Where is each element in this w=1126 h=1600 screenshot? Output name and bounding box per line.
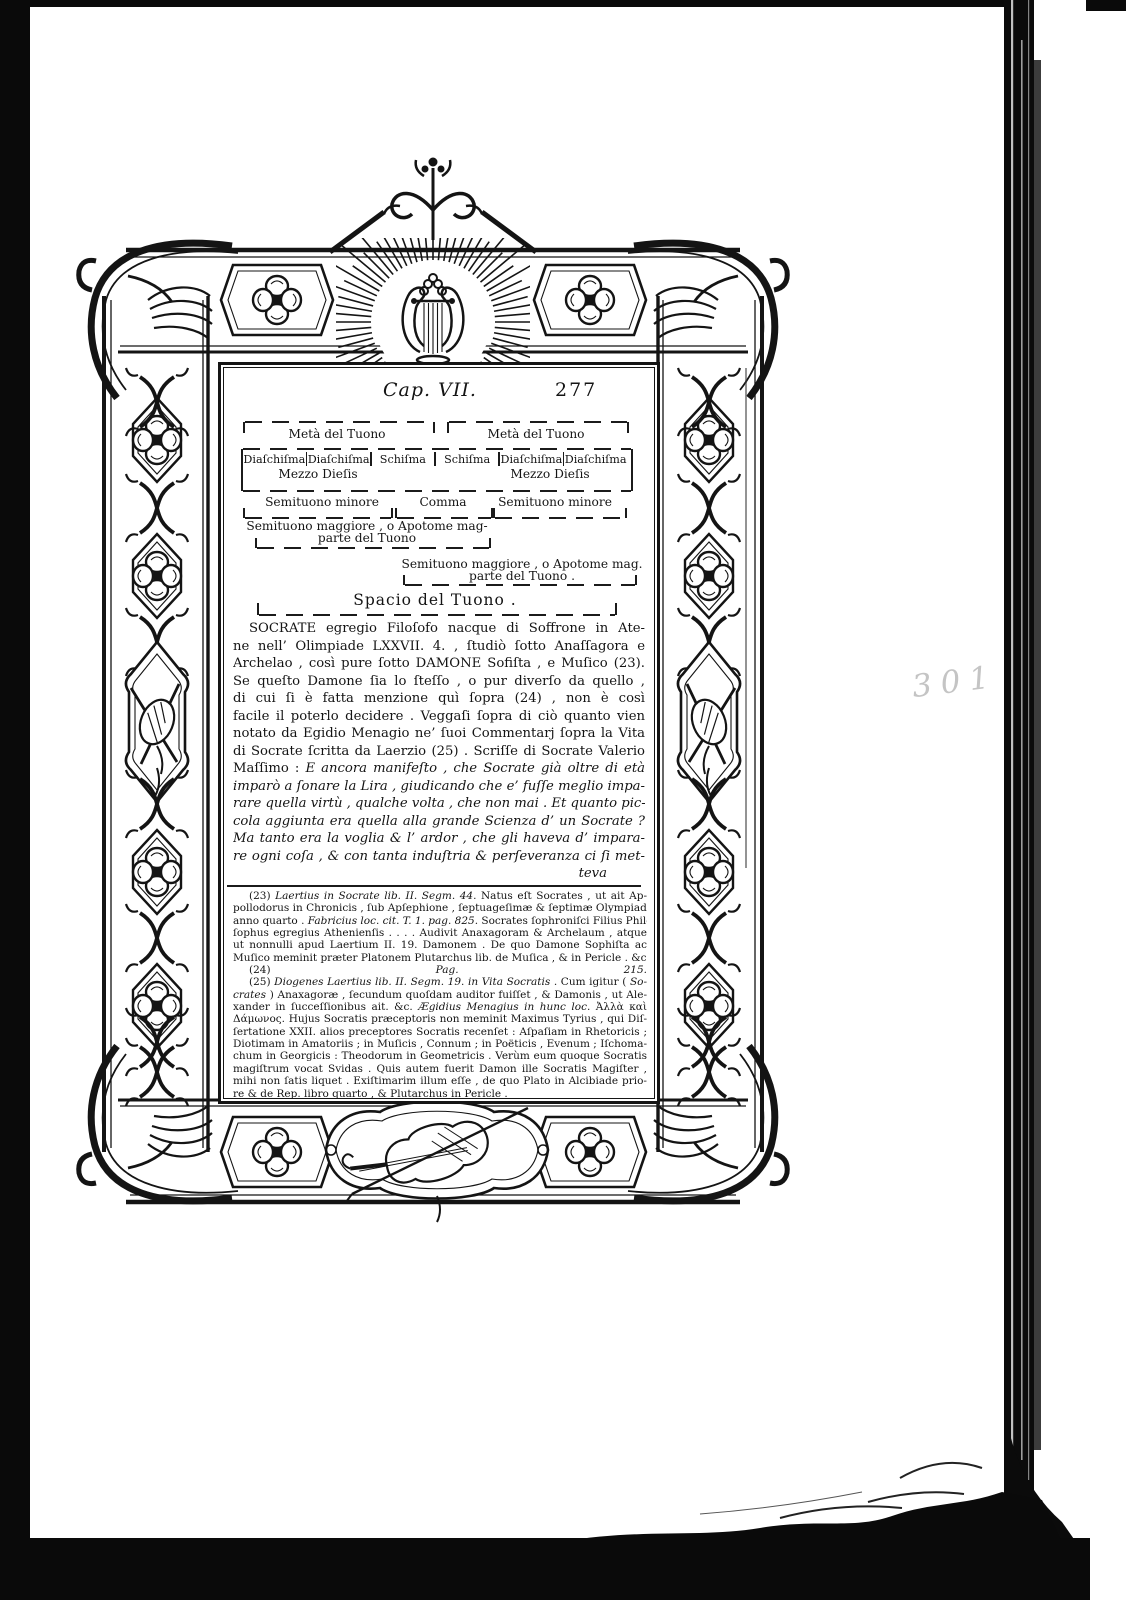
text-segment: Ἀλλὰ καὶ	[590, 1001, 647, 1013]
text-segment: re ogni coſa , & con tanta induſtria & p…	[233, 849, 645, 864]
text-line: rare quella virtù , qualche volta , che …	[233, 795, 645, 813]
text-line: di Socrate ſcritta da Laerzio (25) . Scr…	[233, 743, 645, 761]
text-segment: Cum igitur (	[557, 976, 630, 988]
text-line: Se queſto Damone ſia lo ſteſſo , o pur d…	[233, 673, 645, 691]
text-line: pollodorus in Chronicis , ſub Apſephione…	[233, 902, 647, 914]
schisma-cell: Diaſchiſma	[307, 453, 370, 466]
text-segment: di cui ſi è fatta menzione quì ſopra (24…	[233, 691, 645, 706]
label-comma: Comma	[403, 495, 483, 509]
text-line: mihi non ſatis liquet . Exiſtimarim illu…	[233, 1075, 647, 1087]
text-segment: re & de Rep. libro quarto , & Plutarchus…	[233, 1088, 508, 1100]
text-line: Ma tanto era la voglia & l’ ardor , che …	[233, 830, 645, 848]
text-line: (23) Laertius in Socrate lib. II. Segm. …	[233, 890, 647, 902]
text-segment: cola aggiunta era quella alla grande Sci…	[233, 814, 645, 829]
text-line: Muſico meminit præter Platonem Plutarchu…	[233, 952, 647, 964]
text-segment: (24)	[233, 964, 436, 976]
text-segment: mihi non ſatis liquet . Exiſtimarim illu…	[233, 1075, 647, 1087]
text-line: facile il poterlo decidere . Veggaſi ſop…	[233, 708, 645, 726]
text-line: chum in Georgicis : Theodorum in Geometr…	[233, 1050, 647, 1062]
footnote-rule	[227, 885, 641, 887]
text-segment: xander in ſucceſſionibus ait. &c.	[233, 1001, 418, 1013]
schisma-cell: Diaſchiſma	[500, 453, 563, 466]
text-segment: rare quella virtù , qualche volta , che …	[233, 796, 645, 811]
text-line: di cui ſi è fatta menzione quì ſopra (24…	[233, 690, 645, 708]
text-line: Maſſimo : E ancora manifeſto , che Socra…	[233, 760, 645, 778]
text-segment: Diogenes Laertius lib. II. Segm. 19. in …	[274, 976, 557, 988]
text-segment: ) Anaxagoræ , ſecundum quoſdam auditor f…	[270, 989, 647, 1001]
chapter-heading: Cap. VII.	[383, 379, 477, 401]
bracket-semituono-minore-right	[493, 508, 627, 518]
text-segment: pollodorus in Chronicis , ſub Apſephione…	[233, 902, 647, 914]
text-line: magiſtrum vocat Svidas . Quis autem fuer…	[233, 1063, 647, 1075]
schisma-cell: Diaſchiſma	[243, 453, 306, 466]
text-segment: chum in Georgicis : Theodorum in Geometr…	[233, 1050, 647, 1062]
text-segment: (23)	[233, 890, 275, 902]
body-text: SOCRATE egregio Filoſofo nacque di Soffr…	[233, 620, 645, 865]
text-segment: Laertius in Socrate lib. II. Segm. 44.	[275, 890, 476, 902]
text-segment: ut nonnulli apud Laertium II. 19. Damone…	[233, 939, 647, 951]
scan-crease-line	[745, 368, 747, 868]
text-segment: anno quarto .	[233, 915, 308, 927]
printed-text-box: Cap. VII. 277 Metà del Tuono Metà del Tu…	[218, 362, 660, 1104]
bracket-apotome-right	[403, 575, 637, 585]
text-line: anno quarto . Fabricius loc. cit. T. 1. …	[233, 915, 647, 927]
footnotes: (23) Laertius in Socrate lib. II. Segm. …	[233, 890, 647, 1100]
text-segment: Muſico meminit præter Platonem Plutarchu…	[233, 952, 647, 964]
text-segment: SOCRATE egregio Filoſofo nacque di Soffr…	[233, 621, 645, 636]
text-line: Δάμωνος. Hujus Socratis præceptoris non …	[233, 1013, 647, 1025]
text-segment: Maſſimo :	[233, 761, 305, 776]
schisma-cell: Schiſma	[436, 453, 499, 466]
text-line: (25) Diogenes Laertius lib. II. Segm. 19…	[233, 976, 647, 988]
text-segment: facile il poterlo decidere . Veggaſi ſop…	[233, 709, 645, 724]
text-segment: Diotimam in Amatoriis ; in Muſicis , Con…	[233, 1038, 647, 1050]
text-segment: crates	[233, 989, 270, 1001]
text-line: Diotimam in Amatoriis ; in Muſicis , Con…	[233, 1038, 647, 1050]
label-meta-left: Metà del Tuono	[243, 427, 431, 441]
text-line: re & de Rep. libro quarto , & Plutarchus…	[233, 1088, 647, 1100]
text-segment: Socrates ſophroniſci Filius Philo-	[478, 915, 647, 927]
text-line: crates ) Anaxagoræ , ſecundum quoſdam au…	[233, 989, 647, 1001]
text-segment: Fabricius loc. cit. T. 1. pag. 825.	[308, 915, 478, 927]
bracket-schisma-row-close	[241, 479, 633, 491]
schisma-cell: Schiſma	[372, 453, 435, 466]
catchword: teva	[579, 866, 607, 881]
schisma-cell: Diaſchiſma	[564, 453, 627, 466]
page-number: 277	[555, 379, 597, 401]
text-segment: ſophus egregius Athenienſis . . . . Audi…	[233, 927, 647, 939]
text-segment: Natus eſt Socrates , ut ait Ap-	[476, 890, 647, 902]
text-line: ſophus egregius Athenienſis . . . . Audi…	[233, 927, 647, 939]
label-semituono-minore-left: Semituono minore	[261, 495, 383, 509]
text-segment: E ancora manifeſto , che Socrate già olt…	[305, 761, 645, 776]
text-segment: Δάμωνος. Hujus Socratis præceptoris non …	[233, 1013, 647, 1025]
text-segment: Se queſto Damone ſia lo ſteſſo , o pur d…	[233, 674, 645, 689]
bracket-semituono-minore-left	[243, 508, 393, 518]
text-line: xander in ſucceſſionibus ait. &c. Ægidiu…	[233, 1001, 647, 1013]
label-semituono-minore-right: Semituono minore	[493, 495, 617, 509]
text-segment: notato da Egidio Menagio ne’ ſuoi Commen…	[233, 726, 645, 741]
text-line: cola aggiunta era quella alla grande Sci…	[233, 813, 645, 831]
text-line: ſertatione XXII. alios preceptores Socra…	[233, 1026, 647, 1038]
text-line: (24) Pag. 215.	[233, 964, 647, 976]
text-line: notato da Egidio Menagio ne’ ſuoi Commen…	[233, 725, 645, 743]
text-line: re ogni coſa , & con tanta induſtria & p…	[233, 848, 645, 866]
text-line: ut nonnulli apud Laertium II. 19. Damone…	[233, 939, 647, 951]
text-segment: Ma tanto era la voglia & l’ ardor , che …	[233, 831, 645, 846]
bracket-apotome-left	[255, 538, 491, 548]
text-line: SOCRATE egregio Filoſofo nacque di Soffr…	[233, 620, 645, 638]
text-segment: Archelao , così pure ſotto DAMONE Sofiſt…	[233, 656, 645, 671]
text-segment: magiſtrum vocat Svidas . Quis autem fuer…	[233, 1063, 647, 1075]
text-segment: di Socrate ſcritta da Laerzio (25) . Scr…	[233, 744, 645, 759]
text-segment: imparò a ſonare la Lira , giudicando che…	[233, 779, 645, 794]
scanned-book-page: 301 Cap. VII. 277 Metà del Tuono Metà de…	[0, 0, 1126, 1600]
text-segment: ſertatione XXII. alios preceptores Socra…	[233, 1026, 647, 1038]
bracket-comma	[395, 508, 493, 518]
text-segment: Ægidius Menagius in hunc loc.	[418, 1001, 590, 1013]
crest-icon	[330, 158, 536, 252]
text-segment: So-	[630, 976, 647, 988]
text-line: imparò a ſonare la Lira , giudicando che…	[233, 778, 645, 796]
label-meta-right: Metà del Tuono	[447, 427, 625, 441]
bracket-spacio-del-tuono	[257, 603, 617, 615]
text-line: Archelao , così pure ſotto DAMONE Sofiſt…	[233, 655, 645, 673]
schisma-cells-row: DiaſchiſmaDiaſchiſmaSchiſmaSchiſmaDiaſch…	[243, 452, 627, 466]
text-segment: Pag. 215.	[436, 964, 647, 976]
text-segment: ne nell’ Olimpiade LXXVII. 4. , ſtudiò ſ…	[233, 639, 645, 654]
text-segment: (25)	[233, 976, 274, 988]
text-line: ne nell’ Olimpiade LXXVII. 4. , ſtudiò ſ…	[233, 638, 645, 656]
